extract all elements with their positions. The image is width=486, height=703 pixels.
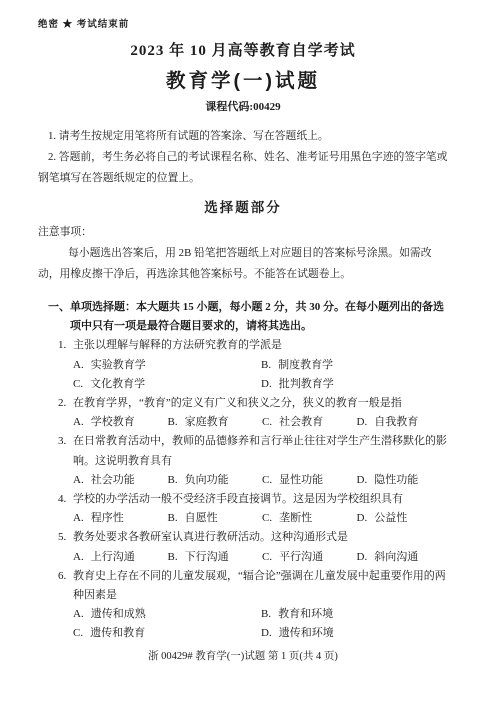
- question-number: 1.: [58, 336, 66, 355]
- option-text: 下行沟通: [185, 551, 229, 563]
- option-label: D.: [261, 624, 272, 643]
- option-label: C.: [262, 413, 272, 432]
- option-item-3D: D.隐性功能: [357, 471, 419, 490]
- question-item-2: 2.在教育学界，“教育”的定义有广义和狭义之分，狭义的教育一般是指A.学校教育B…: [38, 394, 448, 432]
- option-row: A.学校教育B.家庭教育C.社会教育D.自我教育: [73, 413, 448, 432]
- option-item-3B: B.负向功能: [168, 471, 263, 490]
- question-stem: 教育史上存在不同的儿童发展观，“辐合论”强调在儿童发展中起重要作用的两种因素是: [73, 567, 448, 605]
- question-number: 5.: [58, 528, 66, 547]
- option-item-6B: B.教育和环境: [261, 605, 333, 624]
- option-row: A.程序性B.自愿性C.垄断性D.公益性: [73, 509, 448, 528]
- option-item-1D: D.批判教育学: [261, 375, 334, 394]
- option-text: 社会教育: [279, 416, 323, 428]
- option-item-5B: B.下行沟通: [168, 548, 263, 567]
- option-text: 家庭教育: [185, 416, 229, 428]
- option-text: 教育和环境: [278, 608, 333, 620]
- option-item-4D: D.公益性: [357, 509, 408, 528]
- option-item-6C: C.遗传和教育: [73, 624, 261, 643]
- option-item-1C: C.文化教育学: [73, 375, 261, 394]
- question-number: 4.: [58, 490, 66, 509]
- option-text: 制度教育学: [278, 359, 333, 371]
- option-label: B.: [168, 471, 178, 490]
- instruction-2: 2. 答题前，考生务必将自己的考试课程名称、姓名、准考证号用黑色字迹的签字笔或钢…: [38, 147, 448, 189]
- option-item-3A: A.社会功能: [73, 471, 168, 490]
- option-text: 程序性: [91, 512, 124, 524]
- option-text: 批判教育学: [279, 378, 334, 390]
- option-row: A.社会功能B.负向功能C.显性功能D.隐性功能: [73, 471, 448, 490]
- option-text: 负向功能: [185, 474, 229, 486]
- option-text: 学校教育: [91, 416, 135, 428]
- part-heading: 一、单项选择题：本大题共 15 小题，每小题 2 分，共 30 分。在每小题列出…: [38, 298, 448, 336]
- question-stem: 主张以理解与解释的方法研究教育的学派是: [73, 336, 448, 355]
- notice-text: 每小题选出答案后，用 2B 铅笔把答题纸上对应题目的答案标号涂黑。如需改动，用橡…: [38, 243, 448, 285]
- option-label: D.: [357, 509, 368, 528]
- option-text: 隐性功能: [374, 474, 418, 486]
- option-label: B.: [168, 509, 178, 528]
- option-text: 上行沟通: [91, 551, 135, 563]
- question-item-3: 3.在日常教育活动中，教师的品德修养和言行举止往往对学生产生潜移默化的影响。这说…: [38, 432, 448, 490]
- option-label: B.: [168, 413, 178, 432]
- option-label: C.: [73, 624, 83, 643]
- option-text: 公益性: [374, 512, 407, 524]
- question-item-4: 4.学校的办学活动一般不受经济手段直接调节。这是因为学校组织具有A.程序性B.自…: [38, 490, 448, 528]
- option-item-4A: A.程序性: [73, 509, 168, 528]
- option-item-2A: A.学校教育: [73, 413, 168, 432]
- question-number: 2.: [58, 394, 66, 413]
- question-number: 3.: [58, 432, 66, 451]
- option-label: A.: [73, 605, 84, 624]
- option-row: A.上行沟通B.下行沟通C.平行沟通D.斜向沟通: [73, 548, 448, 567]
- question-item-6: 6.教育史上存在不同的儿童发展观，“辐合论”强调在儿童发展中起重要作用的两种因素…: [38, 567, 448, 644]
- option-label: C.: [262, 509, 272, 528]
- question-stem: 在日常教育活动中，教师的品德修养和言行举止往往对学生产生潜移默化的影响。这说明教…: [73, 432, 448, 470]
- option-text: 垄断性: [279, 512, 312, 524]
- option-text: 文化教育学: [90, 378, 145, 390]
- option-item-3C: C.显性功能: [262, 471, 357, 490]
- option-text: 实验教育学: [91, 359, 146, 371]
- page-footer: 浙 00429# 教育学(一)试题 第 1 页(共 4 页): [0, 648, 486, 663]
- option-text: 平行沟通: [279, 551, 323, 563]
- notice-heading: 注意事项：: [38, 222, 448, 243]
- question-list: 1.主张以理解与解释的方法研究教育的学派是A.实验教育学B.制度教育学C.文化教…: [38, 336, 448, 643]
- exam-title: 教育学(一)试题: [38, 65, 448, 93]
- option-item-4C: C.垄断性: [262, 509, 357, 528]
- option-label: A.: [73, 413, 84, 432]
- option-label: B.: [168, 548, 178, 567]
- option-row: A.实验教育学B.制度教育学C.文化教育学D.批判教育学: [73, 356, 448, 394]
- course-code: 课程代码:00429: [38, 98, 448, 114]
- question-stem: 学校的办学活动一般不受经济手段直接调节。这是因为学校组织具有: [73, 490, 448, 509]
- exam-page: 绝密 ★ 考试结束前 2023 年 10 月高等教育自学考试 教育学(一)试题 …: [0, 0, 486, 703]
- option-label: C.: [262, 548, 272, 567]
- option-item-1B: B.制度教育学: [261, 356, 333, 375]
- option-text: 遗传和教育: [90, 627, 145, 639]
- option-label: D.: [261, 375, 272, 394]
- option-item-5C: C.平行沟通: [262, 548, 357, 567]
- option-item-4B: B.自愿性: [168, 509, 263, 528]
- option-text: 社会功能: [91, 474, 135, 486]
- question-number: 6.: [58, 567, 66, 586]
- option-text: 显性功能: [279, 474, 323, 486]
- option-text: 自愿性: [185, 512, 218, 524]
- option-item-2C: C.社会教育: [262, 413, 357, 432]
- option-label: A.: [73, 548, 84, 567]
- option-text: 遗传和成熟: [91, 608, 146, 620]
- option-item-5A: A.上行沟通: [73, 548, 168, 567]
- option-text: 斜向沟通: [374, 551, 418, 563]
- question-stem: 在教育学界，“教育”的定义有广义和狭义之分，狭义的教育一般是指: [73, 394, 448, 413]
- exam-session: 2023 年 10 月高等教育自学考试: [38, 39, 448, 60]
- option-item-1A: A.实验教育学: [73, 356, 261, 375]
- question-item-1: 1.主张以理解与解释的方法研究教育的学派是A.实验教育学B.制度教育学C.文化教…: [38, 336, 448, 394]
- section-title: 选择题部分: [38, 196, 448, 216]
- option-label: D.: [357, 471, 368, 490]
- option-label: B.: [261, 605, 271, 624]
- option-label: D.: [357, 413, 368, 432]
- option-label: A.: [73, 509, 84, 528]
- option-row: A.遗传和成熟B.教育和环境C.遗传和教育D.遗传和环境: [73, 605, 448, 643]
- option-label: D.: [357, 548, 368, 567]
- option-item-5D: D.斜向沟通: [357, 548, 419, 567]
- option-item-2D: D.自我教育: [357, 413, 419, 432]
- option-label: B.: [261, 356, 271, 375]
- option-label: C.: [73, 375, 83, 394]
- secrecy-label: 绝密 ★ 考试结束前: [38, 16, 448, 30]
- option-item-2B: B.家庭教育: [168, 413, 263, 432]
- option-text: 自我教育: [374, 416, 418, 428]
- option-item-6D: D.遗传和环境: [261, 624, 334, 643]
- instruction-1: 1. 请考生按规定用笔将所有试题的答案涂、写在答题纸上。: [38, 126, 448, 147]
- question-stem: 教务处要求各教研室认真进行教研活动。这种沟通形式是: [73, 528, 448, 547]
- question-item-5: 5.教务处要求各教研室认真进行教研活动。这种沟通形式是A.上行沟通B.下行沟通C…: [38, 528, 448, 566]
- option-label: A.: [73, 471, 84, 490]
- option-label: A.: [73, 356, 84, 375]
- option-label: C.: [262, 471, 272, 490]
- option-text: 遗传和环境: [279, 627, 334, 639]
- option-item-6A: A.遗传和成熟: [73, 605, 261, 624]
